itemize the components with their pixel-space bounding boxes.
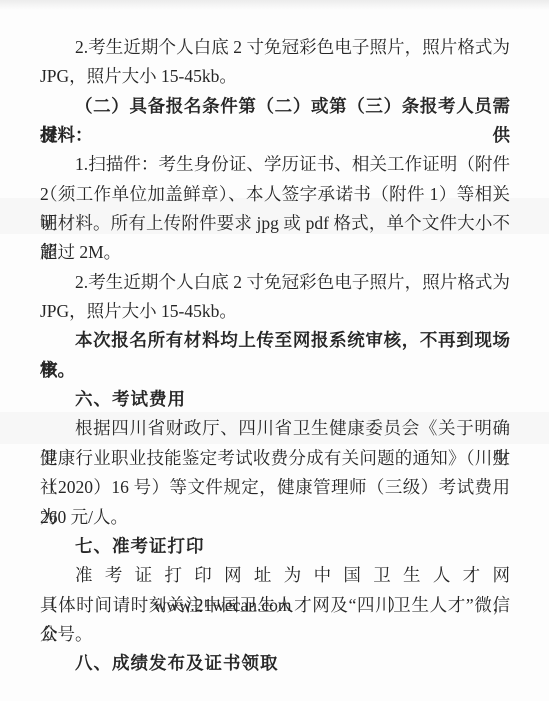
text-line: 核。 (40, 356, 510, 385)
section-heading-line: 七、准考证打印 (40, 532, 510, 561)
text-line: JPG，照片大小 15-45kb。 (40, 297, 510, 326)
text-line: 具体时间请时刻关注中国卫生人才网及“四川卫生人才”微信公 (40, 591, 510, 620)
text-line: （二）具备报名条件第（二）或第（三）条报考人员需提供 (40, 92, 510, 121)
section-heading-line: 八、成绩发布及证书领取 (40, 649, 510, 678)
text-line: 健康行业职业技能鉴定考试收费分成有关问题的通知》（川财社 (40, 444, 510, 473)
text-line: 本次报名所有材料均上传至网报系统审核，不再到现场审 (40, 326, 510, 355)
section-heading-line: 六、考试费用 (40, 385, 510, 414)
text-line: 2.考生近期个人白底 2 寸免冠彩色电子照片，照片格式为 (40, 33, 510, 62)
text-line: 2.考生近期个人白底 2 寸免冠彩色电子照片，照片格式为 (40, 268, 510, 297)
scan-edge-shading (0, 0, 549, 10)
text-line: 众号。 (40, 620, 510, 649)
text-line: 260 元/人。 (40, 503, 510, 532)
text-line: 1.扫描件：考生身份证、学历证书、相关工作证明（附件 2） (40, 150, 510, 179)
document-text-block: 2.考生近期个人白底 2 寸免冠彩色电子照片，照片格式为JPG，照片大小 15-… (40, 33, 510, 679)
text-line: （2020）16 号）等文件规定，健康管理师（三级）考试费用为 (40, 473, 510, 502)
text-line: 明材料。所有上传附件要求 jpg 或 pdf 格式，单个文件大小不能 (40, 209, 510, 238)
document-page: 2.考生近期个人白底 2 寸免冠彩色电子照片，照片格式为JPG，照片大小 15-… (0, 0, 549, 701)
text-line: JPG，照片大小 15-45kb。 (40, 62, 510, 91)
text-line: 超过 2M。 (40, 238, 510, 267)
text-line: （须工作单位加盖鲜章）、本人签字承诺书（附件 1）等相关证 (40, 180, 510, 209)
text-line: 准考证打印网址为中国卫生人才网（www.21wecan.com）， (40, 561, 510, 590)
text-line: 根据四川省财政厅、四川省卫生健康委员会《关于明确卫生 (40, 414, 510, 443)
